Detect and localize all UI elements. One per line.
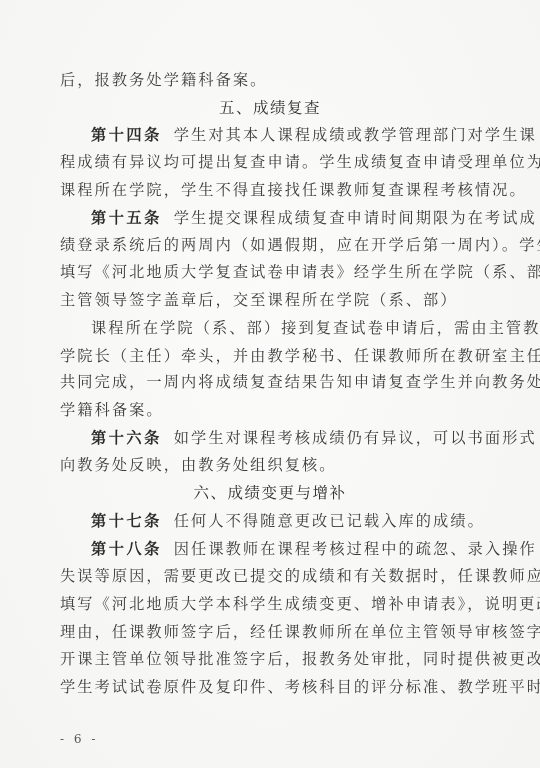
article-text: 学生对其本人课程成绩或教学管理部门对学生课 <box>174 126 537 144</box>
text-line: 主管领导签字盖章后，交至课程所在学院（系、部） <box>60 290 470 310</box>
document-page: 后，报教务处学籍科备案。 五、成绩复查 第十四条学生对其本人课程成绩或教学管理部… <box>0 0 540 768</box>
section-heading-grade-review: 五、成绩复查 <box>0 98 540 118</box>
text-line: 填写《河北地质大学本科学生成绩变更、增补申请表》，说明更改 <box>60 594 470 614</box>
article-14: 第十四条学生对其本人课程成绩或教学管理部门对学生课 <box>91 125 471 145</box>
text-line: 向教务处反映，由教务处组织复核。 <box>60 455 470 475</box>
text-line: 课程所在学院，学生不得直接找任课教师复查课程考核情况。 <box>60 180 470 200</box>
page-number: - 6 - <box>60 732 98 746</box>
article-16: 第十六条如学生对课程考核成绩仍有异议，可以书面形式 <box>91 428 471 448</box>
text-line: 开课主管单位领导批准签字后，报教务处审批，同时提供被更改 <box>60 649 470 669</box>
text-line: 理由，任课教师签字后，经任课教师所在单位主管领导审核签字， <box>60 622 470 642</box>
article-text: 如学生对课程考核成绩仍有异议，可以书面形式 <box>174 429 537 447</box>
article-text: 因任课教师在课程考核过程中的疏忽、录入操作 <box>174 540 537 558</box>
article-label: 第十八条 <box>91 540 162 558</box>
text-line: 学生考试试卷原件及复印件、考核科目的评分标准、教学班平时 <box>60 677 470 697</box>
article-label: 第十四条 <box>91 126 162 144</box>
text-line: 共同完成，一周内将成绩复查结果告知申请复查学生并向教务处 <box>60 372 470 392</box>
article-text: 学生提交课程成绩复查申请时间期限为在考试成 <box>174 209 537 227</box>
text-line: 绩登录系统后的两周内（如遇假期，应在开学后第一周内）。学生 <box>60 235 470 255</box>
text-line: 失误等原因，需要更改已提交的成绩和有关数据时，任课教师应 <box>60 566 470 586</box>
article-15: 第十五条学生提交课程成绩复查申请时间期限为在考试成 <box>91 208 471 228</box>
text-line: 学院长（主任）牵头，并由教学秘书、任课教师所在教研室主任 <box>60 346 470 366</box>
article-label: 第十五条 <box>91 209 162 227</box>
text-line: 学籍科备案。 <box>60 400 470 420</box>
text-line: 程成绩有异议均可提出复查申请。学生成绩复查申请受理单位为 <box>60 152 470 172</box>
article-18: 第十八条因任课教师在课程考核过程中的疏忽、录入操作 <box>91 539 471 559</box>
text-line: 后，报教务处学籍科备案。 <box>60 70 470 90</box>
article-text: 任何人不得随意更改已记载入库的成绩。 <box>174 512 485 530</box>
section-heading-grade-change: 六、成绩变更与增补 <box>0 483 540 503</box>
article-label: 第十七条 <box>91 512 162 530</box>
article-17: 第十七条任何人不得随意更改已记载入库的成绩。 <box>91 511 471 531</box>
article-label: 第十六条 <box>91 429 162 447</box>
text-line: 课程所在学院（系、部）接到复查试卷申请后，需由主管教 <box>91 318 471 338</box>
text-line: 填写《河北地质大学复查试卷申请表》经学生所在学院（系、部） <box>60 262 470 282</box>
